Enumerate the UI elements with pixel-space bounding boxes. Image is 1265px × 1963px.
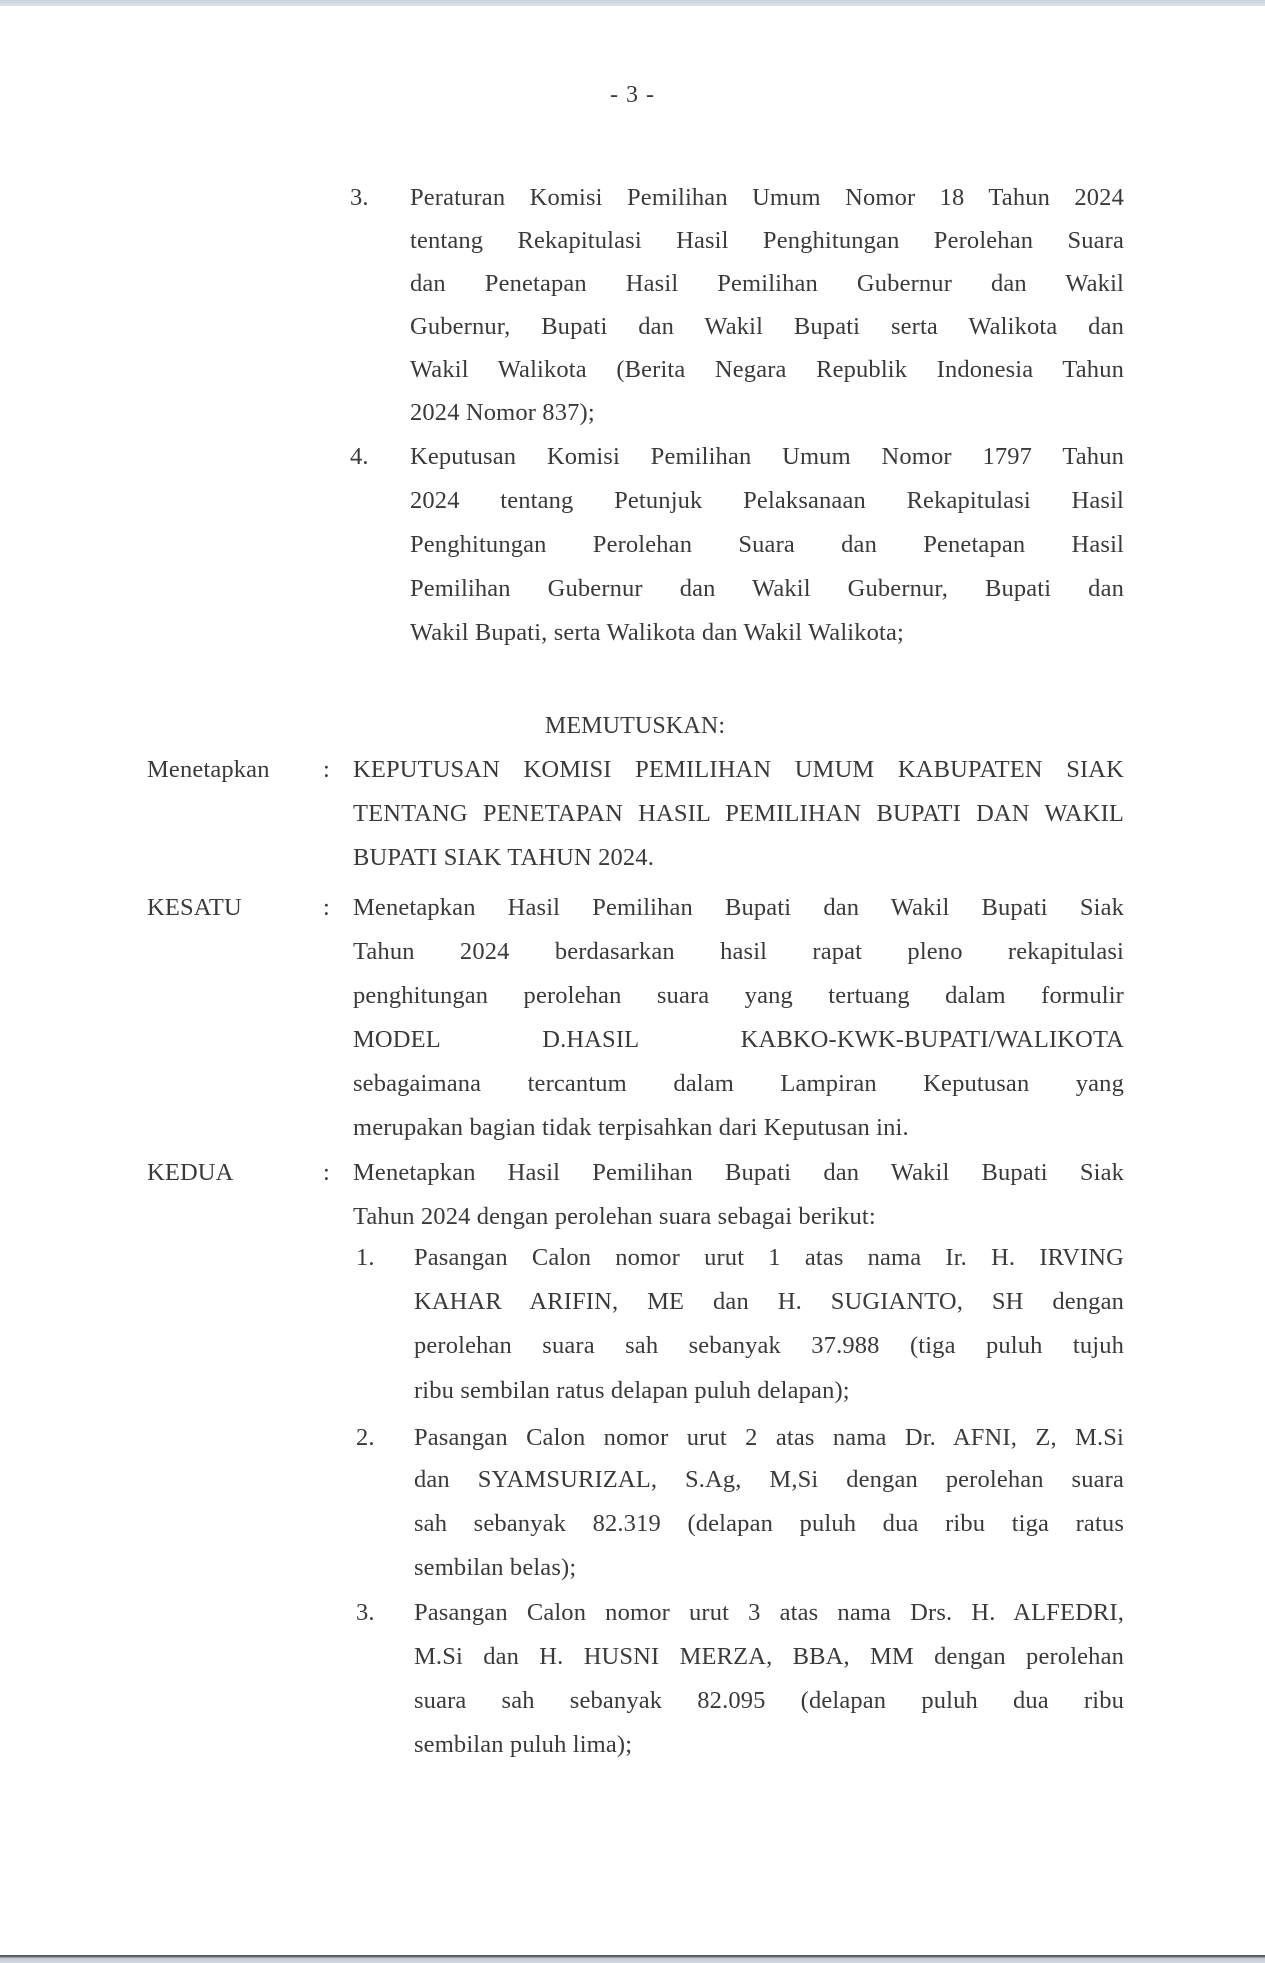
- text-line: sembilan belas);: [414, 1553, 576, 1583]
- text-line: TENTANG PENETAPAN HASIL PEMILIHAN BUPATI…: [353, 799, 1124, 829]
- text-line: Peraturan Komisi Pemilihan Umum Nomor 18…: [410, 183, 1124, 213]
- text-line: Gubernur, Bupati dan Wakil Bupati serta …: [410, 312, 1124, 342]
- section-label: KESATU: [147, 893, 242, 923]
- text-line: KEPUTUSAN KOMISI PEMILIHAN UMUM KABUPATE…: [353, 755, 1124, 785]
- scan-bottom-edge: [0, 1955, 1265, 1963]
- text-line: Menetapkan Hasil Pemilihan Bupati dan Wa…: [353, 893, 1124, 923]
- text-line: Pasangan Calon nomor urut 2 atas nama Dr…: [414, 1423, 1124, 1453]
- text-line: Tahun 2024 berdasarkan hasil rapat pleno…: [353, 937, 1124, 967]
- text-line: Tahun 2024 dengan perolehan suara sebaga…: [353, 1202, 876, 1232]
- text-line: sebagaimana tercantum dalam Lampiran Kep…: [353, 1069, 1124, 1099]
- text-line: suara sah sebanyak 82.095 (delapan puluh…: [414, 1686, 1124, 1716]
- item-number: 4.: [350, 442, 369, 472]
- section-colon: :: [323, 1158, 330, 1188]
- page-number: - 3 -: [0, 80, 1265, 110]
- text-line: merupakan bagian tidak terpisahkan dari …: [353, 1113, 909, 1143]
- section-label: KEDUA: [147, 1158, 234, 1188]
- item-number: 1.: [356, 1243, 375, 1273]
- text-line: sah sebanyak 82.319 (delapan puluh dua r…: [414, 1509, 1124, 1539]
- item-number: 3.: [350, 183, 369, 213]
- section-colon: :: [323, 755, 330, 785]
- text-line: Pasangan Calon nomor urut 3 atas nama Dr…: [414, 1598, 1124, 1628]
- text-line: dan Penetapan Hasil Pemilihan Gubernur d…: [410, 269, 1124, 299]
- text-line: sembilan puluh lima);: [414, 1730, 632, 1760]
- text-line: Pasangan Calon nomor urut 1 atas nama Ir…: [414, 1243, 1124, 1273]
- text-line: Pemilihan Gubernur dan Wakil Gubernur, B…: [410, 574, 1124, 604]
- text-line: perolehan suara sah sebanyak 37.988 (tig…: [414, 1331, 1124, 1361]
- text-line: 2024 tentang Petunjuk Pelaksanaan Rekapi…: [410, 486, 1124, 516]
- text-line: tentang Rekapitulasi Hasil Penghitungan …: [410, 226, 1124, 256]
- text-line: M.Si dan H. HUSNI MERZA, BBA, MM dengan …: [414, 1642, 1124, 1672]
- text-line: Wakil Walikota (Berita Negara Republik I…: [410, 355, 1124, 385]
- item-number: 2.: [356, 1423, 375, 1453]
- text-line: Wakil Bupati, serta Walikota dan Wakil W…: [410, 618, 904, 648]
- text-line: Penghitungan Perolehan Suara dan Penetap…: [410, 530, 1124, 560]
- text-line: BUPATI SIAK TAHUN 2024.: [353, 843, 654, 873]
- section-colon: :: [323, 893, 330, 923]
- section-label: Menetapkan: [147, 755, 270, 785]
- text-line: Menetapkan Hasil Pemilihan Bupati dan Wa…: [353, 1158, 1124, 1188]
- text-line: dan SYAMSURIZAL, S.Ag, M,Si dengan perol…: [414, 1465, 1124, 1495]
- text-line: Keputusan Komisi Pemilihan Umum Nomor 17…: [410, 442, 1124, 472]
- text-line: KAHAR ARIFIN, ME dan H. SUGIANTO, SH den…: [414, 1287, 1124, 1317]
- text-line: penghitungan perolehan suara yang tertua…: [353, 981, 1124, 1011]
- scan-top-edge: [0, 0, 1265, 6]
- text-line: ribu sembilan ratus delapan puluh delapa…: [414, 1376, 850, 1406]
- text-line: MODEL D.HASIL KABKO-KWK-BUPATI/WALIKOTA: [353, 1025, 1124, 1055]
- item-number: 3.: [356, 1598, 375, 1628]
- decision-heading: MEMUTUSKAN:: [0, 711, 1265, 741]
- text-line: 2024 Nomor 837);: [410, 398, 595, 428]
